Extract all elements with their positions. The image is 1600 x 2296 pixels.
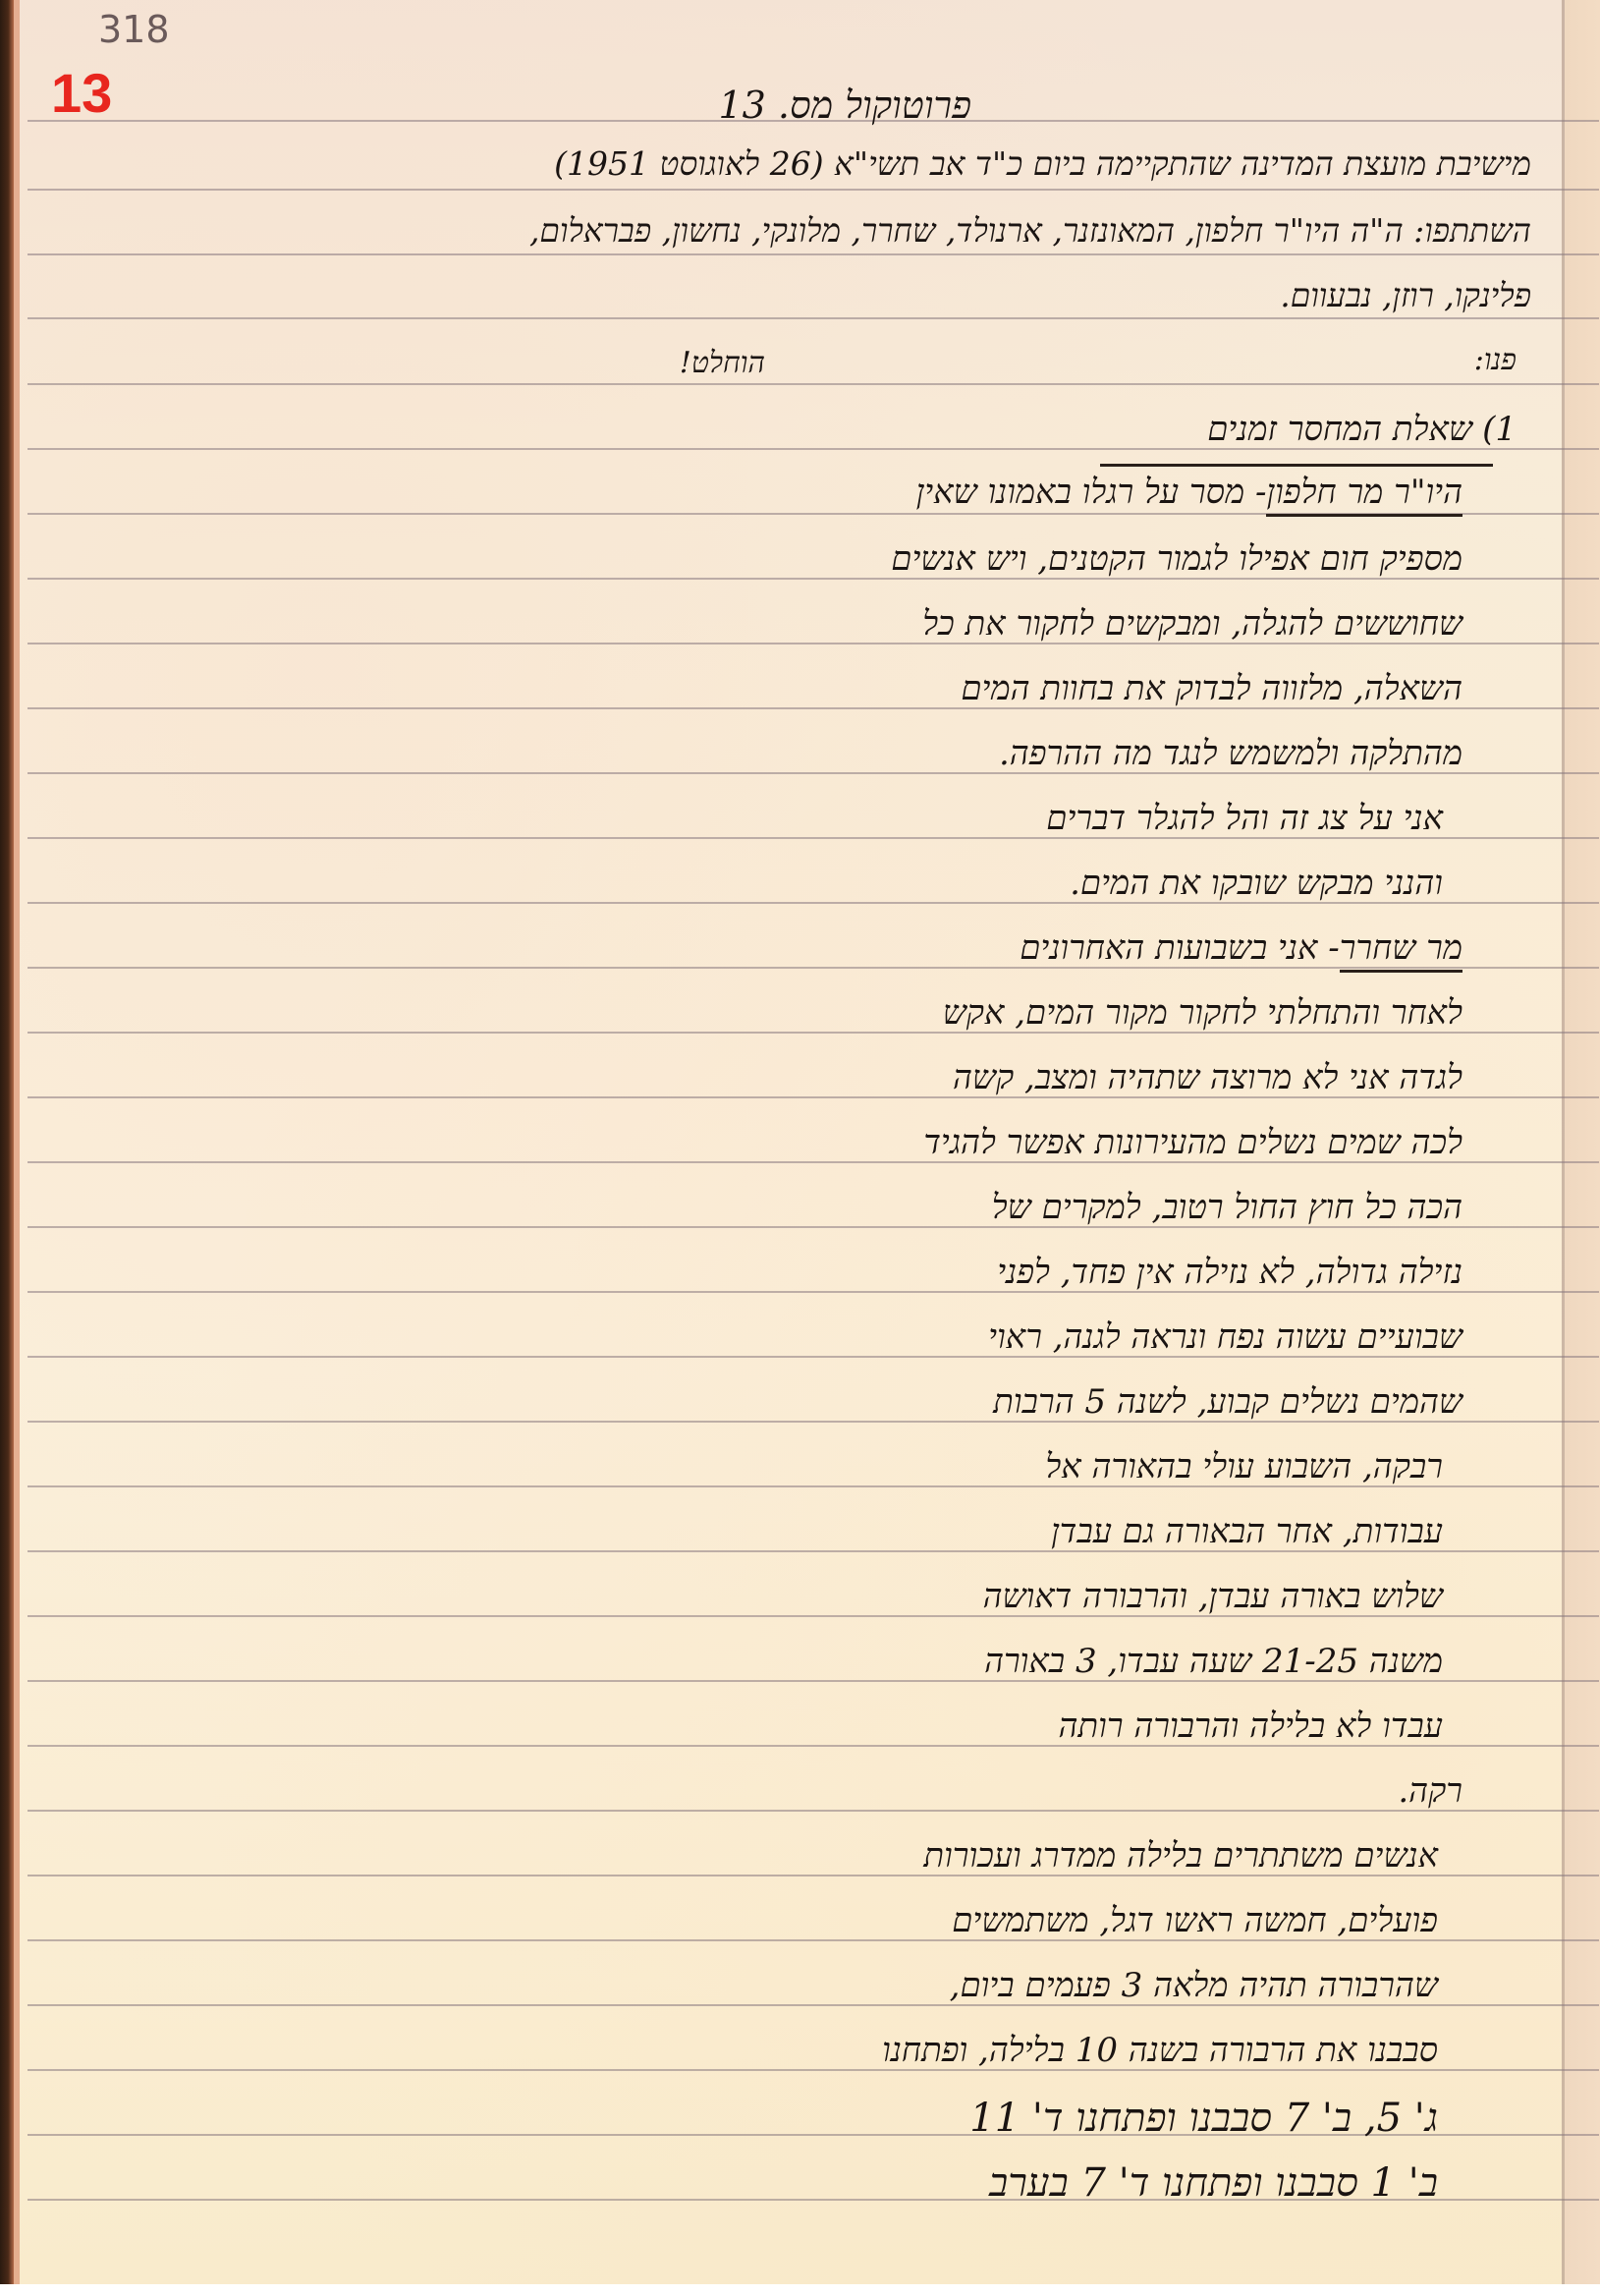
text-line: לאחר והתחלתי לחקור מקור המים, אקש (943, 996, 1462, 1030)
ruled-line (28, 383, 1599, 385)
scan-border (0, 2284, 1600, 2296)
page-edge-strip (1565, 0, 1600, 2284)
text-line: לכה שמים נשלים מהעירונות אפשר להגיד (923, 1126, 1462, 1159)
folio-number: 318 (98, 8, 170, 51)
ruled-line (28, 253, 1599, 255)
text-line: עבודות, אחר הבאורה גם עבדן (1051, 1515, 1443, 1548)
text-line: מהתלקה ולמשמש לנגד מה ההרפה. (999, 737, 1462, 770)
page-title: פרוטוקול מס. 13 (718, 86, 971, 124)
item-heading: שאלת המחסר זמנים (1207, 413, 1472, 446)
header-line: השתתפו: ה"ה היו"ר חלפון, המאונזנר, ארנול… (529, 214, 1531, 247)
text-line: רקה. (1398, 1774, 1462, 1808)
text-line: אני על צג זה והל להגלר דברים (1046, 802, 1443, 835)
text-line: נזילה גדולה, לא נזילה אין פחד, לפני (997, 1256, 1462, 1289)
text-line: שבועיים עשוה נפח ונראה לגנה, ראוי (988, 1320, 1462, 1354)
text-line: משנה 21-25 שעה עבדו, 3 באורה (984, 1645, 1443, 1678)
text-line: והנני מבקש שובקו את המים. (1070, 867, 1443, 900)
item-number: 1) (1482, 413, 1517, 446)
text-line: לגדה אני לא מרוצה שתהיה ומצב, קשה (953, 1061, 1462, 1094)
decision-label: הוחלט! (680, 349, 765, 378)
text-line: שחוששים להגלה, ומבקשים לחקור את כל (922, 607, 1462, 641)
binding-edge (14, 0, 20, 2284)
text-line: ב' 1 סבבנו ופתחנו ד' 7 בערב (989, 2163, 1438, 2203)
present-label: פנו: (1474, 346, 1517, 375)
speaker-name: מר שחרר- אני בשבועות האחרונים (1020, 931, 1462, 965)
ruled-line (28, 1810, 1599, 1812)
text-line: פועלים, חמשה ראשו דגל, משתמשים (952, 1904, 1438, 1937)
text-line: שהמים נשלים קבוע, לשנה 5 הרבות (993, 1385, 1462, 1419)
text-line: סבבנו את הרבורה בשנה 10 בלילה, ופתחנו (882, 2034, 1438, 2067)
text-line: אנשים משתתרים בלילה ממדרג ועכורות (923, 1839, 1438, 1873)
binding-spine (0, 0, 14, 2284)
speaker-name: היו"ר מר חלפון- מסר על רגלו באמונו שאין (916, 476, 1462, 509)
text-line: הכה כל חוץ החול רטוב, למקרים של (992, 1191, 1462, 1224)
text-line: רבקה, השבוע עולי בהאורה אל (1045, 1450, 1443, 1484)
heading-underline (1100, 464, 1493, 467)
text-line: שלוש באורה עבדן, והרבורה דאושה (983, 1580, 1443, 1613)
ruled-line (28, 189, 1599, 191)
header-line: פלינקו, רוזן, נבעוום. (1280, 279, 1531, 311)
notebook-page: 318 13 פרוטוקול מס. 13 מישיבת מועצת המדי… (0, 0, 1600, 2284)
text-line: ג' 5, ב' 7 סבבנו ופתחנו ד' 11 (969, 2099, 1438, 2138)
text-line: השאלה, מלזווה לבדוק את בחוות המים (961, 672, 1462, 705)
text-line: מספיק חום אפילו לגמור הקטנים, ויש אנשים (891, 542, 1462, 576)
text-line: שהרבורה תהיה מלאה 3 פעמים ביום, (950, 1969, 1438, 2002)
text-line: עבדו לא בלילה והרבורה רותה (1058, 1709, 1443, 1743)
header-line: מישיבת מועצת המדינה שהתקיימה ביום כ"ד אב… (554, 147, 1531, 180)
ruled-line (28, 317, 1599, 319)
page-number-stamp: 13 (51, 61, 112, 125)
